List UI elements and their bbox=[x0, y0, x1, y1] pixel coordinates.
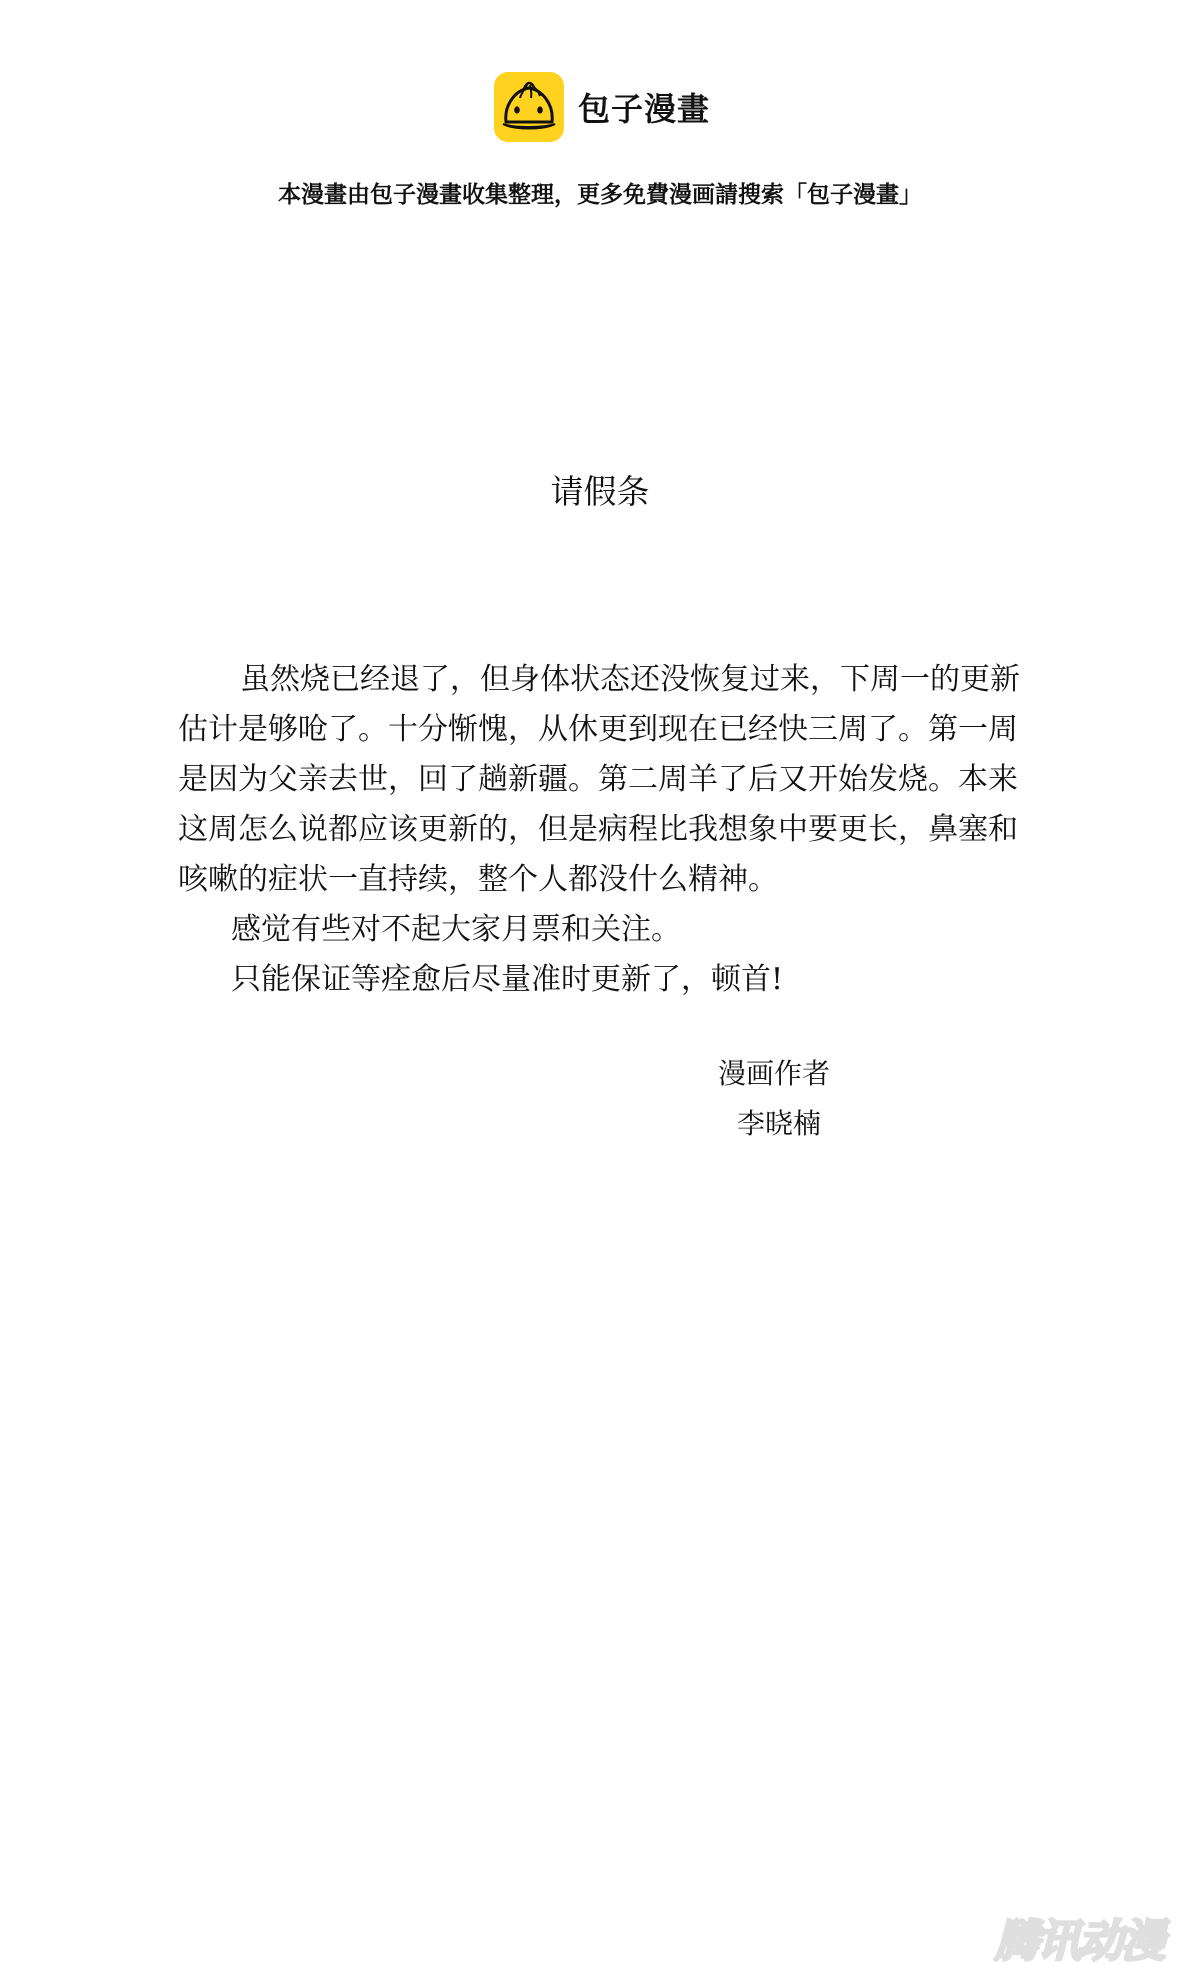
body-line: 估计是够呛了。十分惭愧，从休更到现在已经快三周了。第一周 bbox=[178, 705, 988, 755]
letter-body: 虽然烧已经退了，但身体状态还没恢复过来，下周一的更新 估计是够呛了。十分惭愧，从… bbox=[178, 655, 988, 1005]
letter-title: 请假条 bbox=[0, 466, 1200, 513]
body-line: 是因为父亲去世，回了趟新疆。第二周羊了后又开始发烧。本来 bbox=[178, 755, 988, 805]
body-line: 只能保证等痊愈后尽量准时更新了，顿首! bbox=[178, 955, 988, 1005]
signature-name: 李晓楠 bbox=[737, 1102, 821, 1142]
brand-header: 包子漫畫 bbox=[494, 72, 710, 142]
body-line: 感觉有些对不起大家月票和关注。 bbox=[178, 905, 988, 955]
watermark-logo: 腾讯动漫 bbox=[995, 1905, 1163, 1969]
source-notice: 本漫畫由包子漫畫收集整理，更多免費漫画請搜索「包子漫畫」 bbox=[0, 176, 1200, 209]
brand-name: 包子漫畫 bbox=[578, 84, 710, 130]
bao-dumpling-icon bbox=[494, 72, 564, 142]
signature-role: 漫画作者 bbox=[718, 1052, 830, 1092]
body-line: 这周怎么说都应该更新的，但是病程比我想象中要更长，鼻塞和 bbox=[178, 805, 988, 855]
body-line: 咳嗽的症状一直持续，整个人都没什么精神。 bbox=[178, 855, 988, 905]
body-line: 虽然烧已经退了，但身体状态还没恢复过来，下周一的更新 bbox=[178, 655, 988, 705]
